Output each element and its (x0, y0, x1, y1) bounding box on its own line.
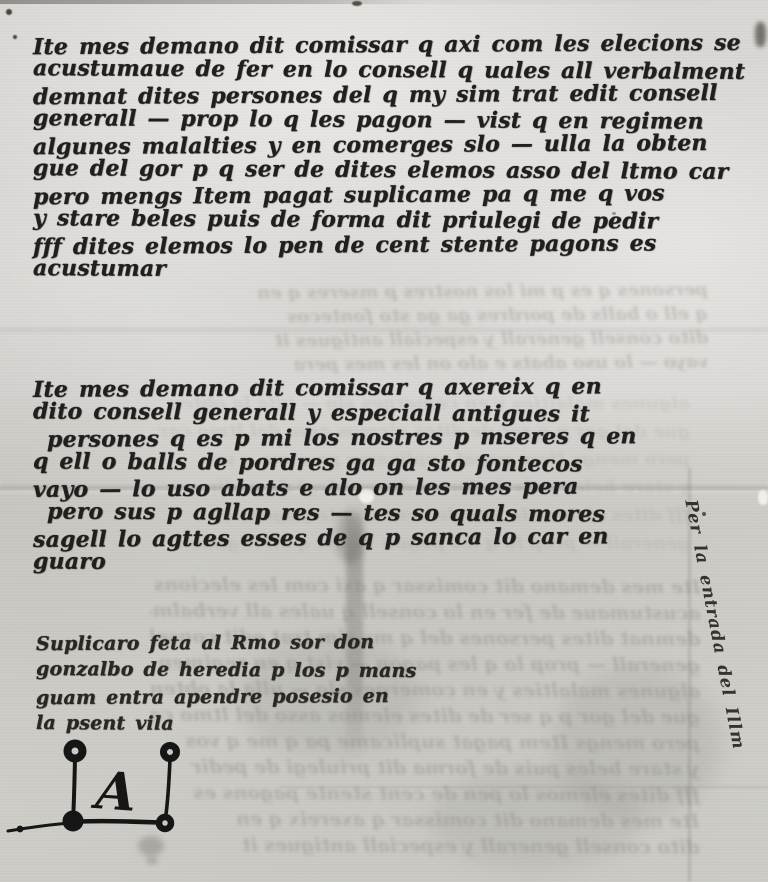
sign-dash-blob (17, 826, 24, 833)
sign-left-side (73, 759, 75, 814)
ink-speck (352, 1, 362, 6)
edge-smudge (755, 22, 766, 47)
ghost-line: dito consell generall y especiall antigu… (149, 832, 699, 861)
manuscript-line: acustumar (33, 256, 745, 285)
paper-crease-horizontal-lower (280, 786, 768, 791)
ink-speck (13, 35, 17, 39)
manuscript-line: gonzalbo de heredia p los p mans (36, 656, 417, 685)
paper-edge-shadow-top (0, 0, 768, 4)
manuscript-paragraph-1: Ite mes demano dit comissar q axi com le… (33, 33, 745, 283)
ghost-line: q ell o balls de pordres ga ga sto fonte… (228, 302, 708, 329)
manuscript-line: sagell lo agttes esses de q p sanca lo c… (33, 524, 637, 553)
manuscript-line: guaro (33, 549, 637, 577)
sign-corner-dot (71, 819, 76, 824)
ghost-line: dito consell generall y especiall antigu… (228, 326, 708, 353)
notary-sign: A (0, 735, 210, 875)
paper-stain (430, 770, 640, 870)
manuscript-paragraph-2: Ite mes demano dit comissar q axereix q … (33, 376, 637, 576)
ghost-line: fff dites elemos lo pen de cent stente p… (150, 780, 700, 809)
notary-sign-letter: A (89, 760, 139, 824)
manuscript-line: Suplicaro feta al Rmo sor don (36, 629, 417, 658)
sign-corner-ring (68, 744, 83, 759)
manuscript-page: persones q es p mi los nostres p mseres … (0, 0, 768, 882)
ghost-line: acustumaue de fer en lo consell q uales … (150, 598, 700, 627)
manuscript-line: guam entra apendre posesio en (36, 683, 417, 712)
bleedthrough-ghost-text: persones q es p mi los nostres p mseres … (228, 278, 709, 377)
sign-corner-ring (164, 746, 177, 759)
sign-right-side (166, 759, 170, 816)
paper-stain (552, 668, 722, 818)
margin-annotation: Per la entrada del Illm (680, 498, 748, 751)
paper-tear-spot (758, 490, 768, 505)
ghost-line: y stare beles puis de forma dit priulegi… (150, 754, 700, 783)
petition-note: Suplicaro feta al Rmo sor don gonzalbo d… (36, 630, 416, 738)
sign-left-dash (8, 824, 64, 832)
ink-speck (6, 9, 12, 15)
paper-crease-horizontal-upper (0, 328, 768, 332)
ghost-line: Ite mes demano dit comissar q axereix q … (149, 806, 699, 835)
